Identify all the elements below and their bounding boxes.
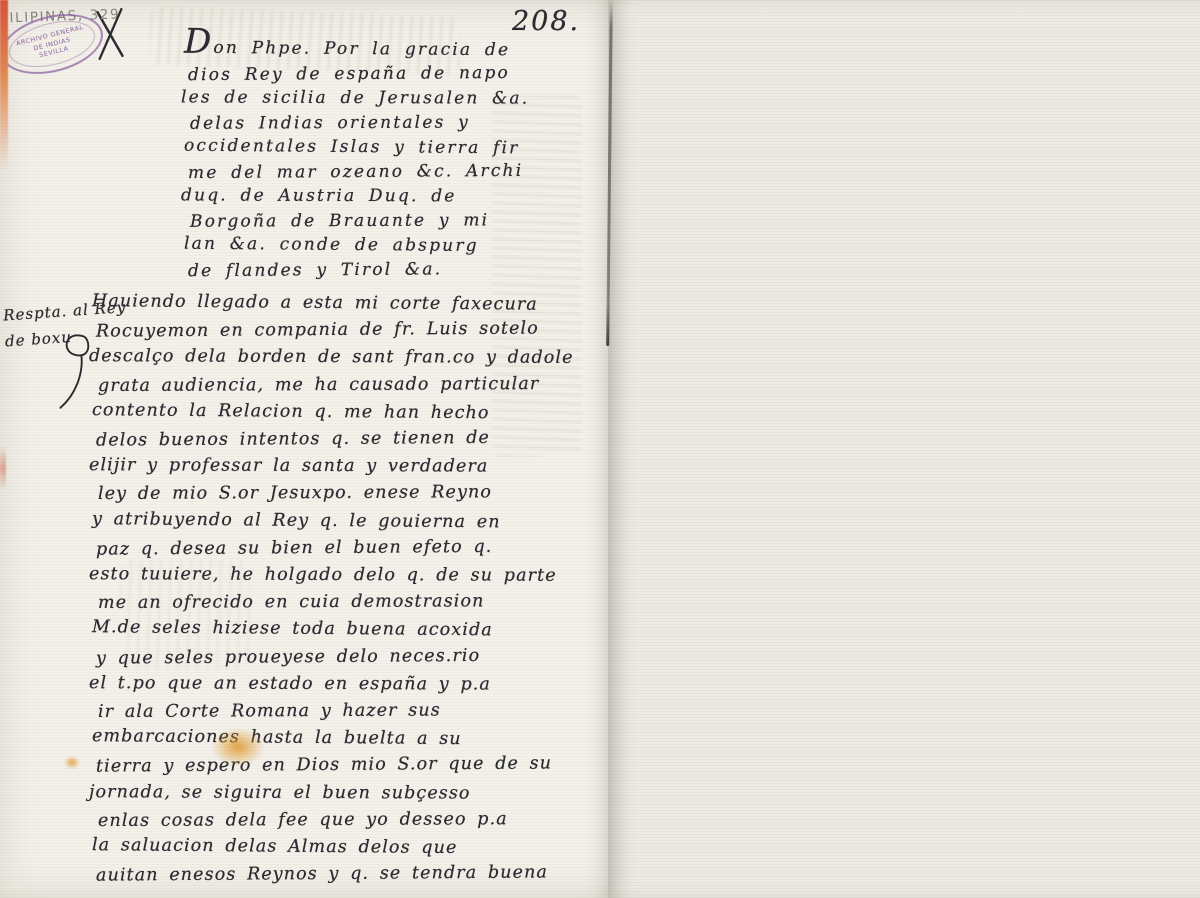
manuscript-line: les de sicilia de Jerusalen &a. xyxy=(181,85,521,111)
margin-flourish-icon xyxy=(52,328,94,412)
manuscript-line: enlas cosas dela fee que yo desseo p.a xyxy=(98,806,568,835)
manuscript-line: paz q. desea su bien el buen efeto q. xyxy=(96,533,566,563)
manuscript-line: ir ala Corte Romana y hazer sus xyxy=(98,697,568,726)
manuscript-line: delas Indias orientales y xyxy=(190,110,530,136)
manuscript-line: Rocuyemon en compania de fr. Luis sotelo xyxy=(96,316,566,346)
manuscript-line: Borgoña de Brauante y mi xyxy=(190,208,530,234)
manuscript-line: y que seles proueyese delo neces.rio xyxy=(96,642,566,672)
letter-japan-body-page1: Hauiendo llegado a esta mi corte faxecur… xyxy=(92,290,562,888)
manuscript-line: jornada, se siguira el buen subçesso xyxy=(89,779,559,808)
manuscript-line: dios Rey de españa de napo xyxy=(188,60,528,87)
manuscript-line: la saluacion delas Almas delos que xyxy=(92,832,562,863)
manuscript-line: ley de mio S.or Jesuxpo. enese Reyno xyxy=(98,479,568,508)
manuscript-line: descalço dela borden de sant fran.co y d… xyxy=(89,344,559,373)
left-page: 208. Don Phpe. Por la gracia dedios Rey … xyxy=(0,0,608,898)
manuscript-line: auitan enesos Reynos y q. se tendra buen… xyxy=(96,860,566,890)
manuscript-line: esto tuuiere, he holgado delo q. de su p… xyxy=(89,561,559,590)
manuscript-line: tierra y espero en Dios mio S.or que de … xyxy=(96,751,566,781)
manuscript-line: elijir y professar la santa y verdadera xyxy=(89,452,559,481)
page-edge-red-tint xyxy=(0,0,8,170)
manuscript-line: el t.po que an estado en españa y p.a xyxy=(89,670,559,699)
manuscript-line: delos buenos intentos q. se tienen de xyxy=(96,424,566,454)
manuscript-line: y atribuyendo al Rey q. le gouierna en xyxy=(92,506,562,537)
manuscript-line: Hauiendo llegado a esta mi corte faxecur… xyxy=(92,288,562,319)
manuscript-line: me an ofrecido en cuia demostrasion xyxy=(98,588,568,617)
manuscript-scan: 208. Don Phpe. Por la gracia dedios Rey … xyxy=(0,0,1200,898)
manuscript-line: contento la Relacion q. me han hecho xyxy=(92,397,562,428)
manuscript-line: Don Phpe. Por la gracia de xyxy=(184,31,524,63)
ink-stain xyxy=(212,728,264,766)
manuscript-line: me del mar ozeano &c. Archi xyxy=(188,158,528,185)
manuscript-line: M.de seles hiziese toda buena acoxida xyxy=(92,615,562,646)
manuscript-line: duq. de Austria Duq. de xyxy=(181,183,521,209)
margin-divider-rule xyxy=(606,0,613,346)
royal-intitulation-block: Don Phpe. Por la gracia dedios Rey de es… xyxy=(184,32,524,282)
manuscript-line: lan &a. conde de abspurg xyxy=(184,232,524,259)
manuscript-line: grata audiencia, me ha causado particula… xyxy=(98,371,568,400)
page-edge-red-tint xyxy=(0,446,6,490)
manuscript-line: de flandes y Tirol &a. xyxy=(188,256,528,283)
right-page: 208 correspondenzia conlos Relijiososy d… xyxy=(608,0,1200,898)
manuscript-line: embarcaciones hasta la buelta a su xyxy=(92,723,562,754)
ink-stain xyxy=(64,756,80,769)
manuscript-line: occidentales Islas y tierra fir xyxy=(184,134,524,161)
